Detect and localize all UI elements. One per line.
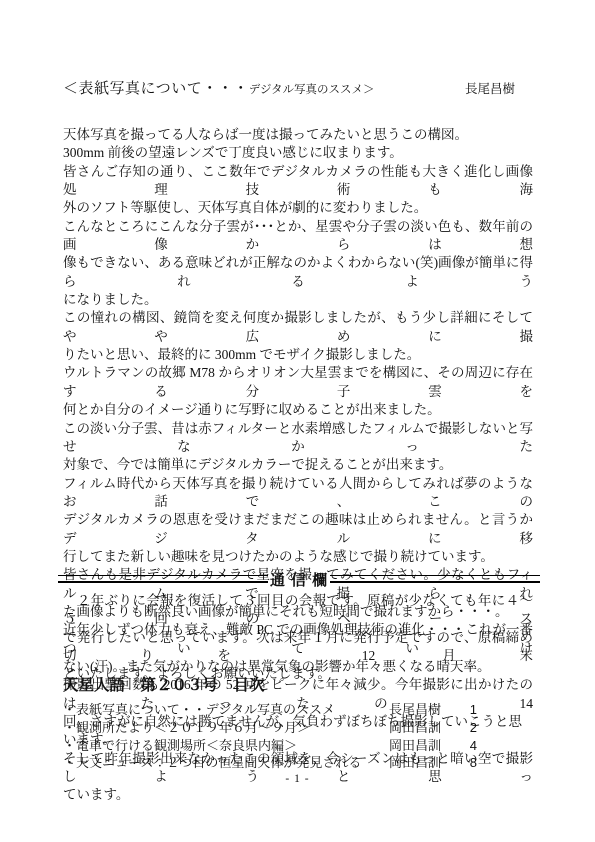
article-line: りたいと思い、最終的に 300mm でモザイク撮影しました。 bbox=[63, 346, 533, 364]
bulletin-title: 通 信 欄 bbox=[268, 569, 330, 590]
article-line: 300mm 前後の望遠レンズで丁度良い感じに収まります。 bbox=[63, 144, 533, 162]
toc-item-page: 4 bbox=[463, 737, 477, 755]
article-line: になりました。 bbox=[63, 291, 533, 309]
toc-row: ・電車で行ける観測場所＜奈良県内編＞岡田昌訓4 bbox=[63, 737, 503, 755]
page-number: - 1 - bbox=[0, 773, 595, 785]
article-title-main: ＜表紙写真について・・・ bbox=[63, 80, 249, 97]
toc-row: ・観測所だより＜２０１９年６月～９月＞岡田昌訓2 bbox=[63, 719, 503, 737]
article-line: デジタルカメラの恩恵を受けまだまだこの趣味は止められません。と言うかデジタルに移 bbox=[63, 511, 533, 548]
article-line: 天体写真を撮ってる人ならば一度は撮ってみたいと思うこの構図。 bbox=[63, 126, 533, 144]
bulletin-header: 通 信 欄 bbox=[58, 571, 540, 587]
toc-item-author: 岡田昌訓 bbox=[389, 737, 441, 755]
article-line: 対象で、今では簡単にデジタルカラーで捉えることが出来ます。 bbox=[63, 456, 533, 474]
toc-item-title: ・天文ニュース：２つ目の恒星間天体が発見される bbox=[63, 754, 361, 772]
toc-item-title: ・観測所だより＜２０１９年６月～９月＞ bbox=[63, 719, 310, 737]
toc-item-title: ・表紙写真について・・デジタル写真のススメ bbox=[63, 701, 335, 719]
toc-row: ・天文ニュース：２つ目の恒星間天体が発見される岡田昌訓8 bbox=[63, 754, 503, 772]
article-title: ＜表紙写真について・・・デジタル写真のススメ＞ bbox=[63, 77, 375, 98]
article-title-row: ＜表紙写真について・・・デジタル写真のススメ＞ 長尾昌樹 bbox=[63, 77, 515, 98]
toc-item-author: 岡田昌訓 bbox=[389, 754, 441, 772]
article-line: こんなところにこんな分子雲が･･･とか、星雲や分子雲の淡い色も、数年前の画像から… bbox=[63, 218, 533, 255]
article-line: 外のソフト等駆使し、天体写真自体が劇的に変わりました。 bbox=[63, 199, 533, 217]
article-line: 皆さんご存知の通り、ここ数年でデジタルカメラの性能も大きく進化し画像処理技術も海 bbox=[63, 163, 533, 200]
article-line: 何とか自分のイメージ通りに写野に収めることが出来ました。 bbox=[63, 401, 533, 419]
toc-item-page: 2 bbox=[463, 719, 477, 737]
toc-header: 天星人語 第２０３号 目次 bbox=[63, 673, 265, 695]
toc-item-page: 8 bbox=[463, 754, 477, 772]
bulletin-rule-right bbox=[330, 575, 540, 583]
toc-item-page: 1 bbox=[463, 701, 477, 719]
bulletin-line: で発行したいと思っています。次は来年１月に発行予定ですので、原稿締め切りを 12… bbox=[63, 629, 533, 666]
bulletin-line: ２年ぶりに会報を復活して３回目の会報です。原稿が少なくても年に４～５回のペース bbox=[63, 592, 533, 629]
article-line: フィルム時代から天体写真を撮り続けている人間からしてみれば夢のようなお話で、この bbox=[63, 475, 533, 512]
toc-item-author: 長尾昌樹 bbox=[389, 701, 441, 719]
article-author: 長尾昌樹 bbox=[465, 79, 515, 97]
bulletin-body: ２年ぶりに会報を復活して３回目の会報です。原稿が少なくても年に４～５回のペースで… bbox=[63, 592, 533, 684]
toc-row: ・表紙写真について・・デジタル写真のススメ長尾昌樹1 bbox=[63, 701, 503, 719]
toc-items: ・表紙写真について・・デジタル写真のススメ長尾昌樹1・観測所だより＜２０１９年６… bbox=[63, 701, 503, 772]
article-line: 像もできない、ある意味どれが正解なのかよくわからない(笑)画像が簡単に得られるよ… bbox=[63, 254, 533, 291]
article-line: この憧れの構図、鏡筒を変え何度か撮影しましたが、もう少し詳細にそしてやや広めに撮 bbox=[63, 309, 533, 346]
article-line: ウルトラマンの故郷 M78 からオリオン大星雲までを構図に、その周辺に存在する分… bbox=[63, 364, 533, 401]
article-line: この淡い分子雲、昔は赤フィルターと水素増感したフィルムで撮影しないと写せなかった bbox=[63, 420, 533, 457]
document-page: ＜表紙写真について・・・デジタル写真のススメ＞ 長尾昌樹 天体写真を撮ってる人な… bbox=[0, 0, 595, 842]
toc-item-author: 岡田昌訓 bbox=[389, 719, 441, 737]
bulletin-rule-left bbox=[58, 575, 268, 583]
article-line: ています。 bbox=[63, 786, 533, 804]
article-line: 行してまた新しい趣味を見つけたかのような感じで撮り続けています。 bbox=[63, 548, 533, 566]
article-title-sub: デジタル写真のススメ＞ bbox=[249, 84, 375, 96]
toc-item-title: ・電車で行ける観測場所＜奈良県内編＞ bbox=[63, 737, 297, 755]
